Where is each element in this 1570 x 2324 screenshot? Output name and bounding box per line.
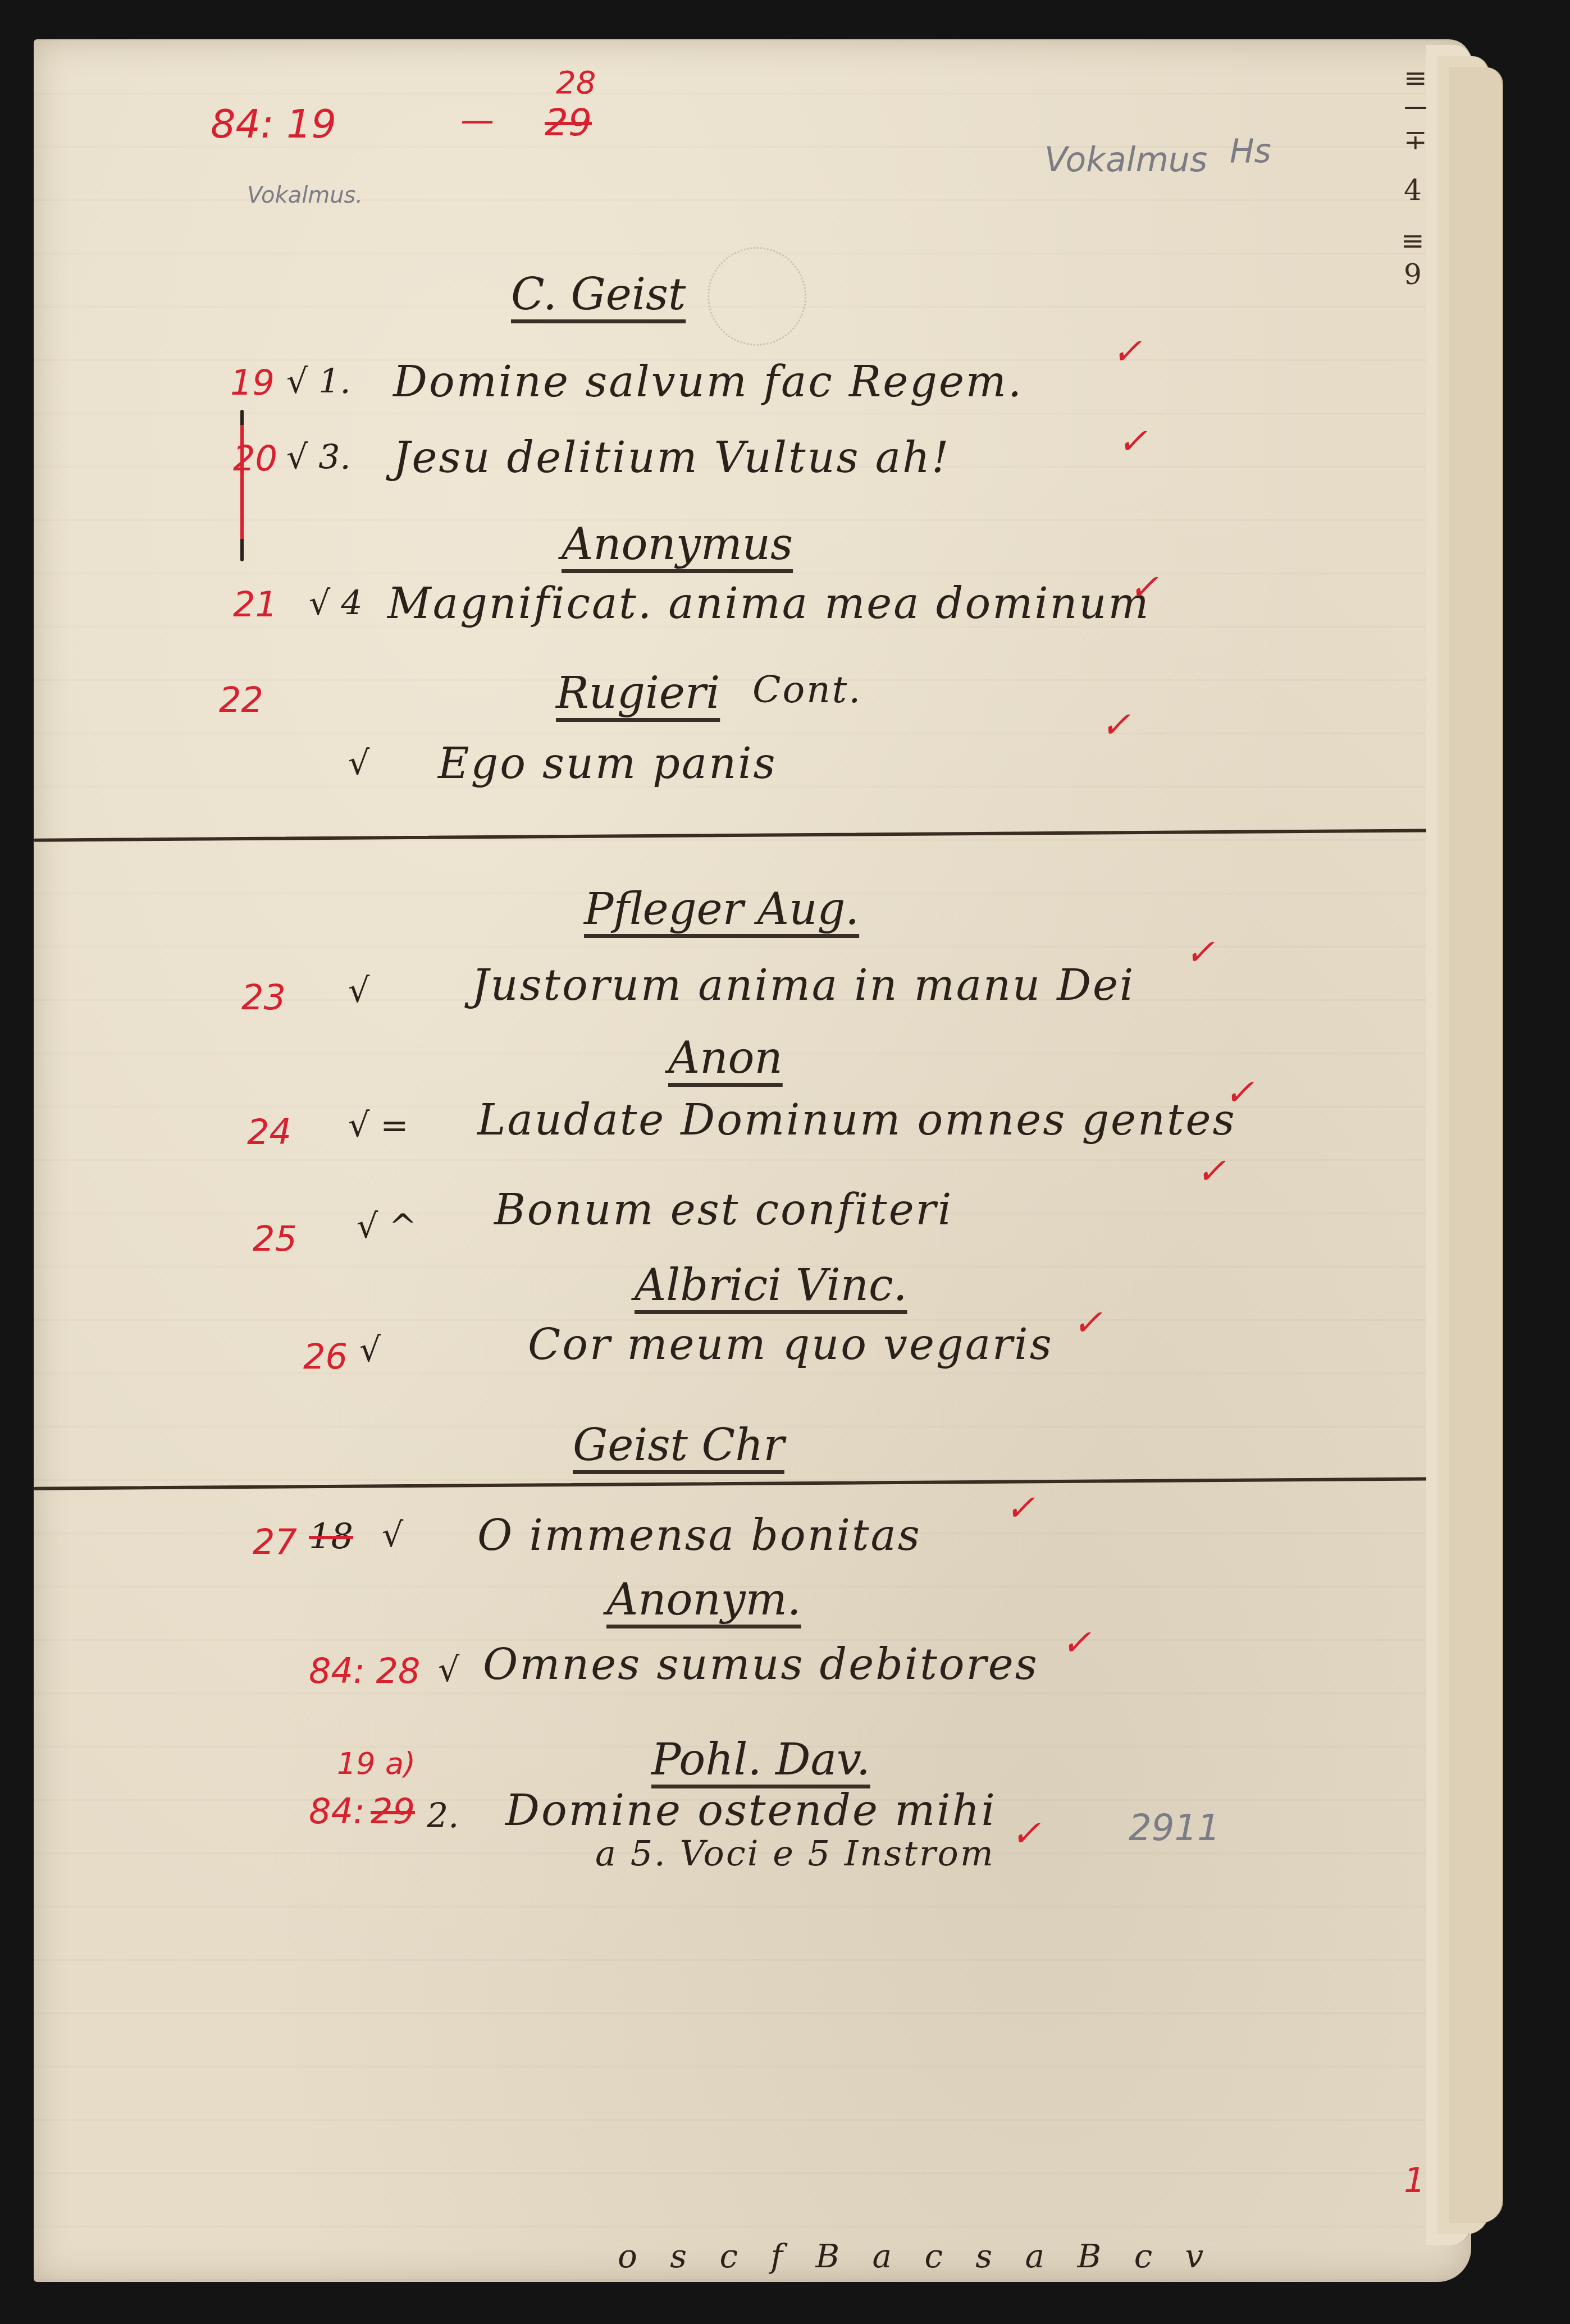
composer-heading: Albrici Vinc.: [635, 1260, 907, 1311]
composer-heading: Anonym.: [606, 1575, 801, 1625]
red-check: ✓: [1117, 421, 1148, 463]
red-number: 24: [247, 1111, 291, 1152]
composer-heading: C. Geist: [511, 269, 686, 320]
red-page-mark: 1: [1404, 2161, 1425, 2201]
composer-heading: Rugieri: [556, 668, 720, 719]
entry-mark: 2.: [427, 1796, 459, 1836]
section-divider: [34, 1477, 1437, 1490]
red-number: 27: [253, 1521, 297, 1562]
red-number: 23: [241, 977, 286, 1018]
entry-title: Ego sum panis: [438, 738, 777, 788]
red-check: ✓: [1129, 567, 1159, 609]
entry-title: O immensa bonitas: [477, 1510, 921, 1560]
tally-mark: ∓: [1404, 123, 1427, 156]
entry-mark: √: [348, 744, 369, 783]
entry-title: Domine ostende mihi: [505, 1785, 997, 1835]
red-number-corrected: 19 a): [337, 1746, 416, 1781]
pencil-shelfmark: 2911: [1129, 1808, 1220, 1849]
red-number: 22: [219, 679, 263, 720]
entry-mark: √: [348, 971, 369, 1010]
composer-heading: Anonymus: [562, 519, 793, 570]
red-range-end-struck: 29: [545, 101, 592, 144]
struck-number: 29: [371, 1791, 415, 1832]
entry-mark: √: [359, 1330, 381, 1370]
red-dash: —: [460, 101, 494, 140]
red-reference: 84: 19: [211, 101, 336, 147]
pencil-label-left: Vokalmus.: [247, 182, 363, 208]
manuscript-page: 84: 19 — 28 29 Vokalmus. Vokalmus Hs ≡ —…: [34, 39, 1471, 2282]
tally-mark: 4: [1404, 174, 1422, 207]
entry-mark: √ ^: [357, 1207, 417, 1246]
library-stamp: [708, 247, 806, 346]
entry-title: Jesu delitium Vultus ah!: [393, 432, 951, 482]
red-number: 84: 28: [309, 1650, 420, 1691]
red-check: ✓: [1185, 932, 1215, 973]
entry-title: Cor meum quo vegaris: [528, 1319, 1053, 1369]
entry-title: Bonum est confiteri: [494, 1184, 953, 1234]
composer-suffix: Cont.: [752, 668, 862, 711]
composer-heading: Geist Chr: [573, 1420, 784, 1471]
red-check: ✓: [1072, 1302, 1103, 1344]
composer-heading: Anon: [668, 1033, 783, 1083]
red-check: ✓: [1196, 1151, 1226, 1192]
entry-mark: √: [382, 1516, 403, 1555]
page-edge: [1449, 67, 1503, 2223]
red-check: ✓: [1112, 331, 1142, 373]
entry-title: Omnes sumus debitores: [483, 1639, 1039, 1689]
entry-mark: √ =: [348, 1106, 409, 1145]
entry-mark: √ 1.: [286, 362, 351, 401]
red-range-end-corrected: 28: [556, 65, 596, 101]
red-number: 20: [233, 438, 277, 479]
red-number: 19: [230, 362, 275, 403]
pencil-label-right-suffix: Hs: [1230, 132, 1271, 170]
red-check: ✓: [1101, 704, 1131, 746]
entry-subtitle: a 5. Voci e 5 Instrom: [595, 1833, 995, 1874]
pencil-label-right: Vokalmus: [1044, 140, 1207, 180]
bracket-mark: [240, 410, 244, 561]
red-check: ✓: [1011, 1813, 1041, 1855]
red-number: 21: [233, 584, 277, 625]
entry-mark: √ 4: [309, 584, 362, 623]
red-number: 84:: [309, 1791, 365, 1832]
red-check: ✓: [1224, 1072, 1254, 1114]
composer-heading: Pohl. Dav.: [651, 1735, 870, 1785]
entry-title: Laudate Dominum omnes gentes: [477, 1095, 1236, 1145]
bottom-edge-letters: o s c f B a c s a B c v: [618, 2237, 1215, 2275]
entry-mark: √: [438, 1650, 459, 1690]
section-divider: [34, 829, 1437, 841]
entry-title: Justorum anima in manu Dei: [472, 960, 1135, 1010]
entry-title: Magnificat. anima mea dominum: [387, 578, 1151, 628]
entry-mark: √ 3.: [286, 438, 351, 477]
red-check: ✓: [1005, 1488, 1035, 1529]
tally-mark: 9: [1404, 258, 1422, 291]
struck-number: 18: [309, 1516, 353, 1557]
entry-title: Domine salvum fac Regem.: [393, 356, 1023, 406]
composer-heading: Pfleger Aug.: [584, 884, 859, 935]
red-number: 26: [303, 1336, 348, 1377]
red-check: ✓: [1061, 1622, 1092, 1664]
tally-mark: ≡: [1401, 225, 1425, 257]
red-number: 25: [253, 1218, 297, 1259]
